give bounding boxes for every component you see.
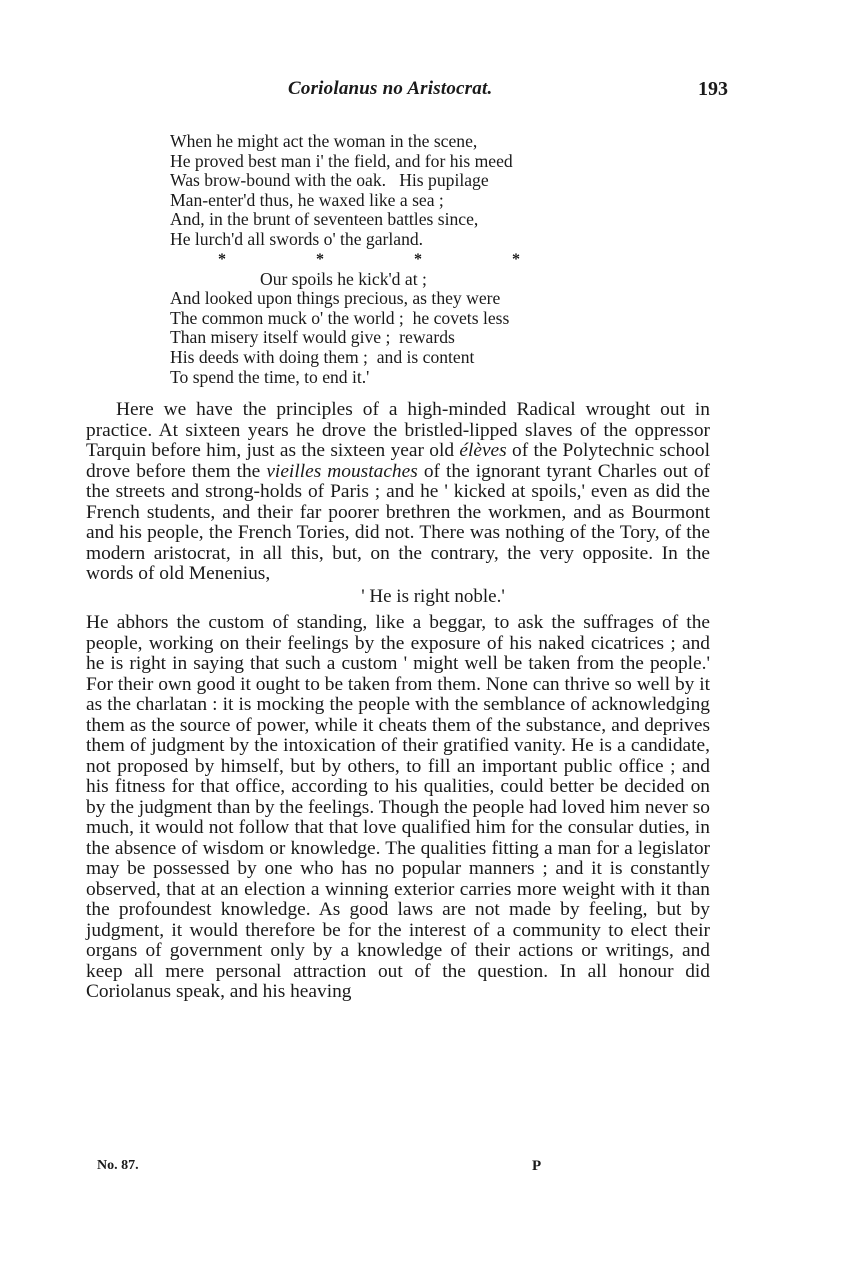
ellipsis-stars: * * * * (170, 250, 650, 270)
verse-line: He proved best man i' the field, and for… (170, 152, 650, 172)
running-title: Coriolanus no Aristocrat. (288, 78, 492, 100)
page-header: Coriolanus no Aristocrat. 193 (0, 78, 862, 108)
paragraph: He abhors the custom of standing, like a… (86, 613, 710, 1003)
page-number: 193 (698, 78, 728, 101)
verse-line: Man-enter'd thus, he waxed like a sea ; (170, 191, 650, 211)
verse-line: His deeds with doing them ; and is conte… (170, 348, 650, 368)
signature-mark: P (532, 1158, 541, 1175)
star-glyph: * (316, 250, 414, 270)
verse-line: Than misery itself would give ; rewards (170, 328, 650, 348)
verse-line: The common muck o' the world ; he covets… (170, 309, 650, 329)
issue-number: No. 87. (97, 1158, 139, 1174)
verse-line: He lurch'd all swords o' the garland. (170, 230, 650, 250)
verse-line: Was brow-bound with the oak. His pupilag… (170, 171, 650, 191)
star-glyph: * (414, 250, 512, 270)
verse-line: And looked upon things precious, as they… (170, 289, 650, 309)
paragraph: Here we have the principles of a high-mi… (86, 400, 710, 585)
star-glyph: * (512, 250, 610, 270)
italic-term: vieilles moustaches (266, 461, 417, 482)
verse-line-indented: Our spoils he kick'd at ; (170, 270, 650, 290)
body-text: Here we have the principles of a high-mi… (86, 400, 710, 1003)
verse-line: To spend the time, to end it.' (170, 368, 650, 388)
verse-line: And, in the brunt of seventeen battles s… (170, 210, 650, 230)
page-footer: No. 87. P (0, 1158, 862, 1182)
star-glyph: * (218, 250, 316, 270)
italic-term: élèves (459, 440, 506, 461)
verse-quotation: When he might act the woman in the scene… (170, 132, 650, 387)
verse-line: When he might act the woman in the scene… (170, 132, 650, 152)
centered-quotation: ' He is right noble.' (156, 587, 710, 608)
